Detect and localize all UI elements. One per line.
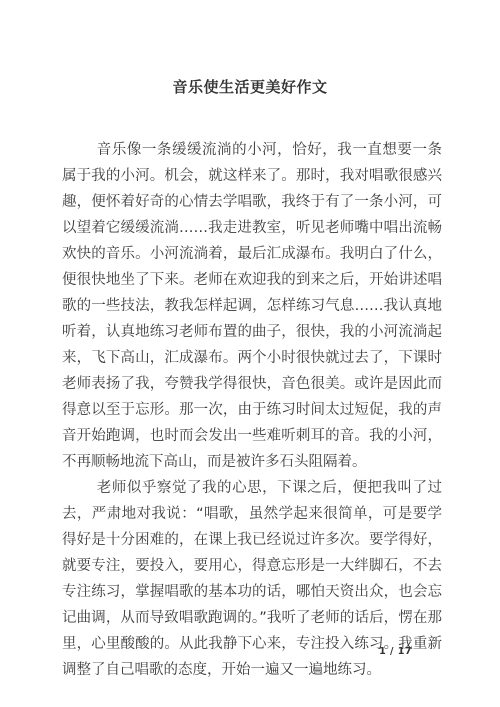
page-number: 1 / 17 [379,646,412,657]
document-body: 音乐像一条缓缓流淌的小河，恰好，我一直想要一条属于我的小河。机会，就这样来了。那… [62,137,442,683]
document-page: 音乐使生活更美好作文 音乐像一条缓缓流淌的小河，恰好，我一直想要一条属于我的小河… [0,0,500,707]
paragraph-1: 音乐像一条缓缓流淌的小河，恰好，我一直想要一条属于我的小河。机会，就这样来了。那… [62,137,442,475]
document-title: 音乐使生活更美好作文 [0,76,500,97]
